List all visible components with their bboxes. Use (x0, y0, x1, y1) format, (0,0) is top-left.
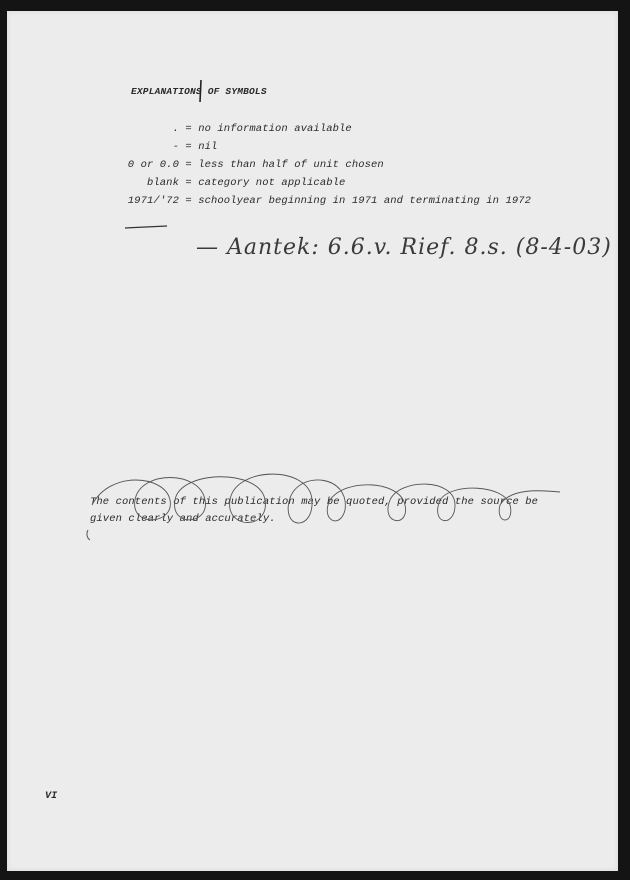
page-number: VI (45, 791, 57, 802)
scribble-loops (92, 474, 560, 523)
pen-mark (200, 80, 201, 102)
handwritten-strokes (0, 0, 630, 880)
stray-mark (87, 530, 90, 540)
pen-dash (125, 226, 167, 228)
